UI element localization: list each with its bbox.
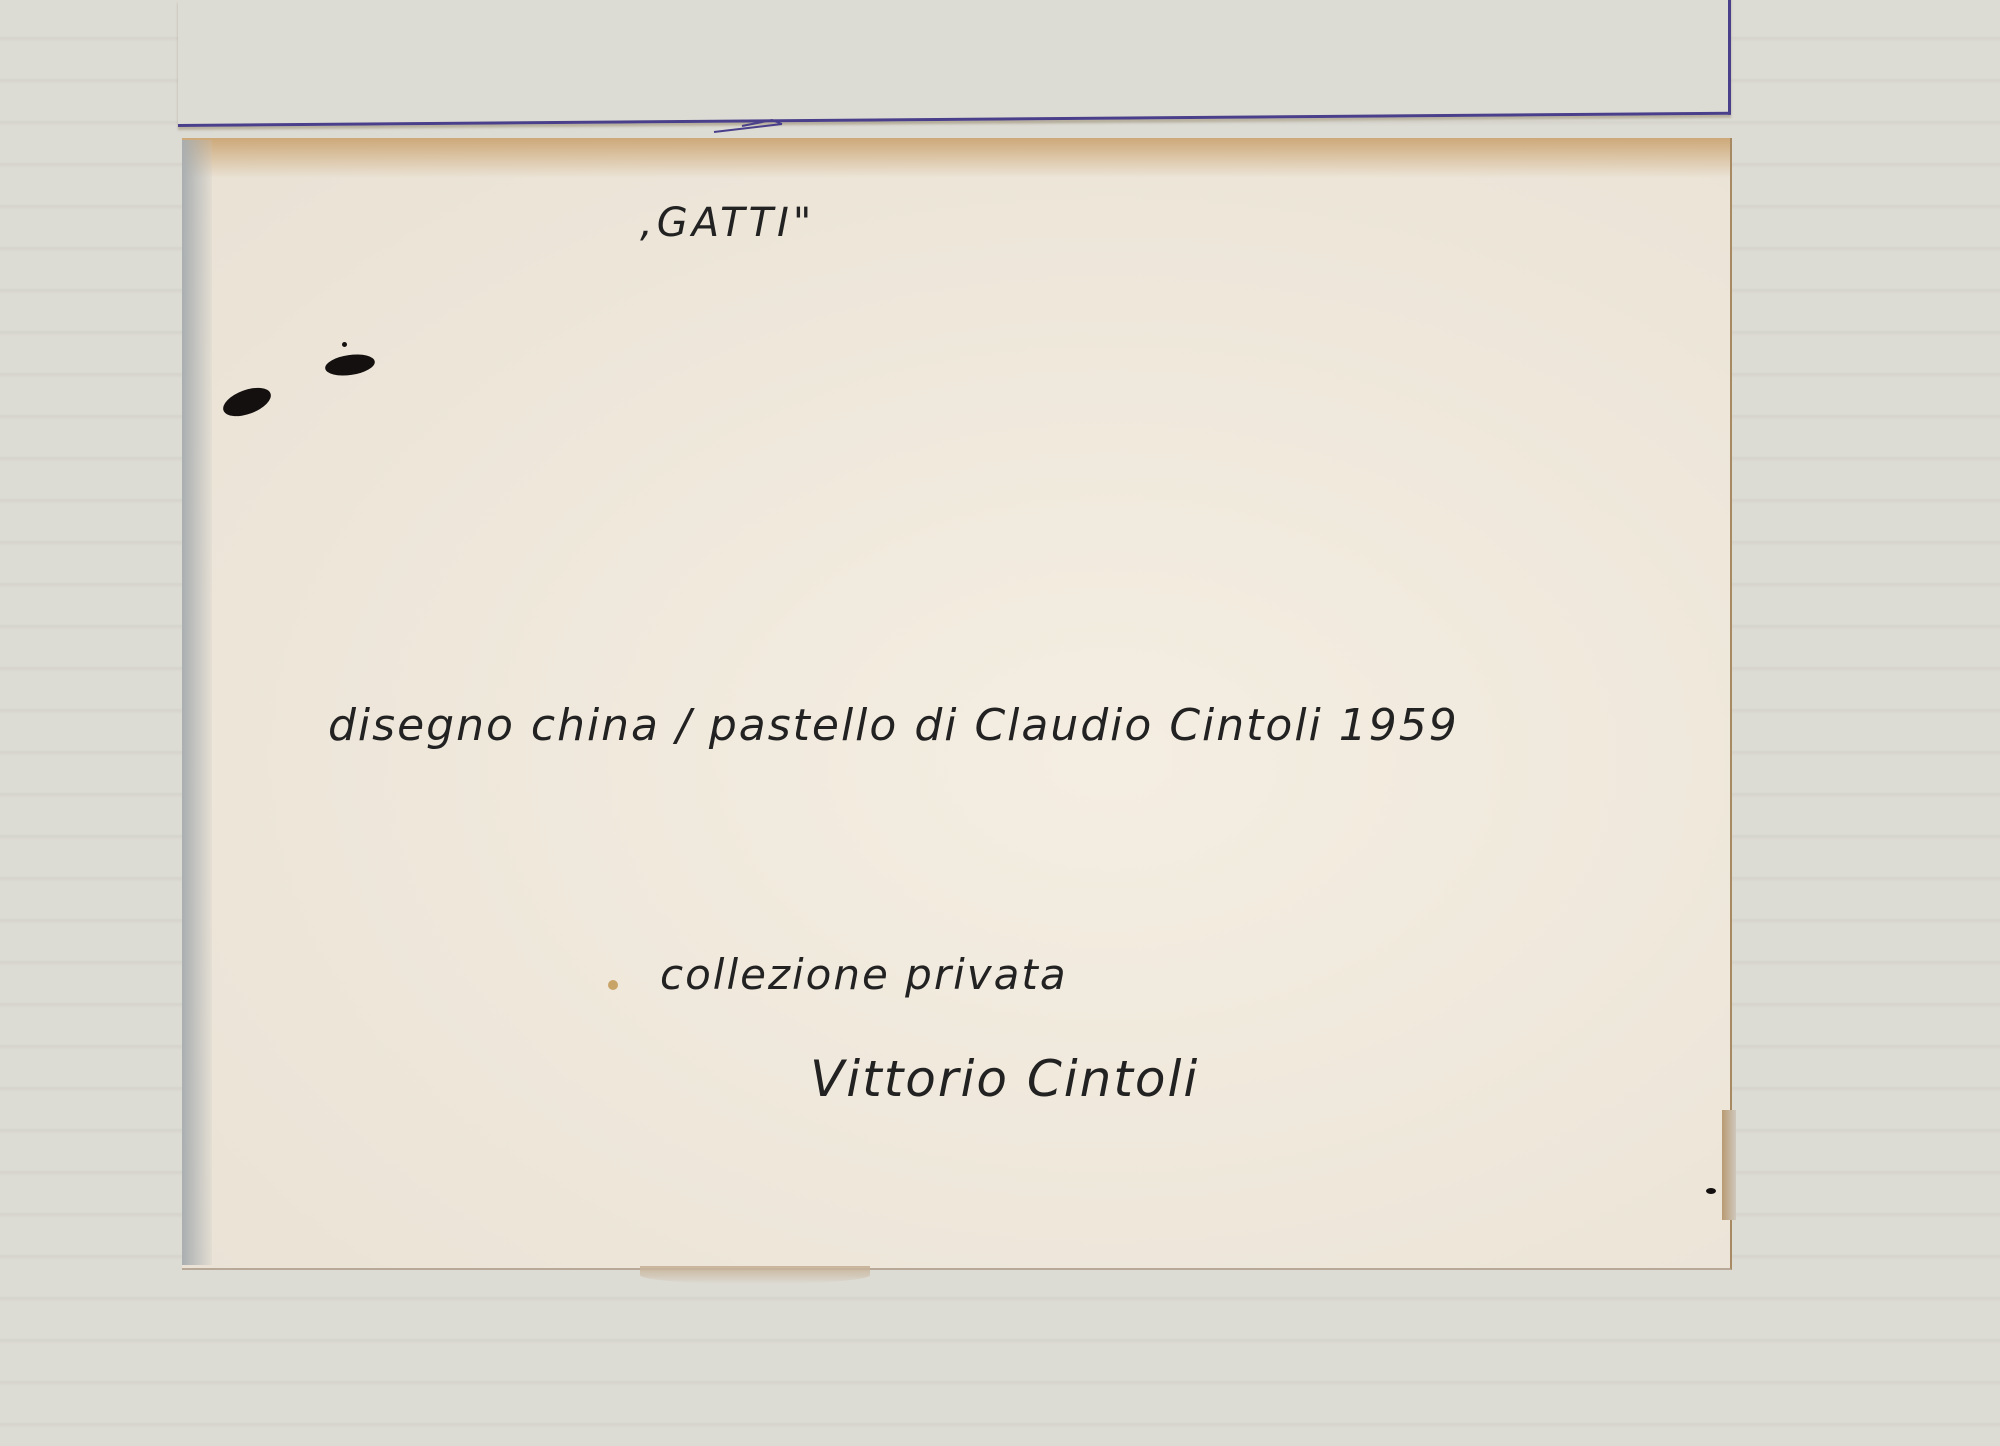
signature: Vittorio Cintoli bbox=[810, 1050, 1199, 1108]
ink-dot bbox=[342, 342, 347, 347]
paper-left-shadow bbox=[182, 140, 212, 1265]
stain-dot bbox=[608, 980, 618, 990]
artwork-title: ,GATTI" bbox=[640, 200, 815, 246]
right-edge-tear bbox=[1722, 1110, 1736, 1220]
top-mat-card bbox=[178, 0, 1731, 127]
pen-arrow-mark bbox=[712, 118, 787, 136]
bottom-edge-tear bbox=[640, 1266, 870, 1284]
paper-top-stain bbox=[182, 138, 1730, 178]
technique-and-artist-line: disegno china / pastello di Claudio Cint… bbox=[328, 700, 1459, 751]
ink-dot bbox=[1706, 1188, 1716, 1194]
collection-line: collezione privata bbox=[660, 950, 1068, 999]
